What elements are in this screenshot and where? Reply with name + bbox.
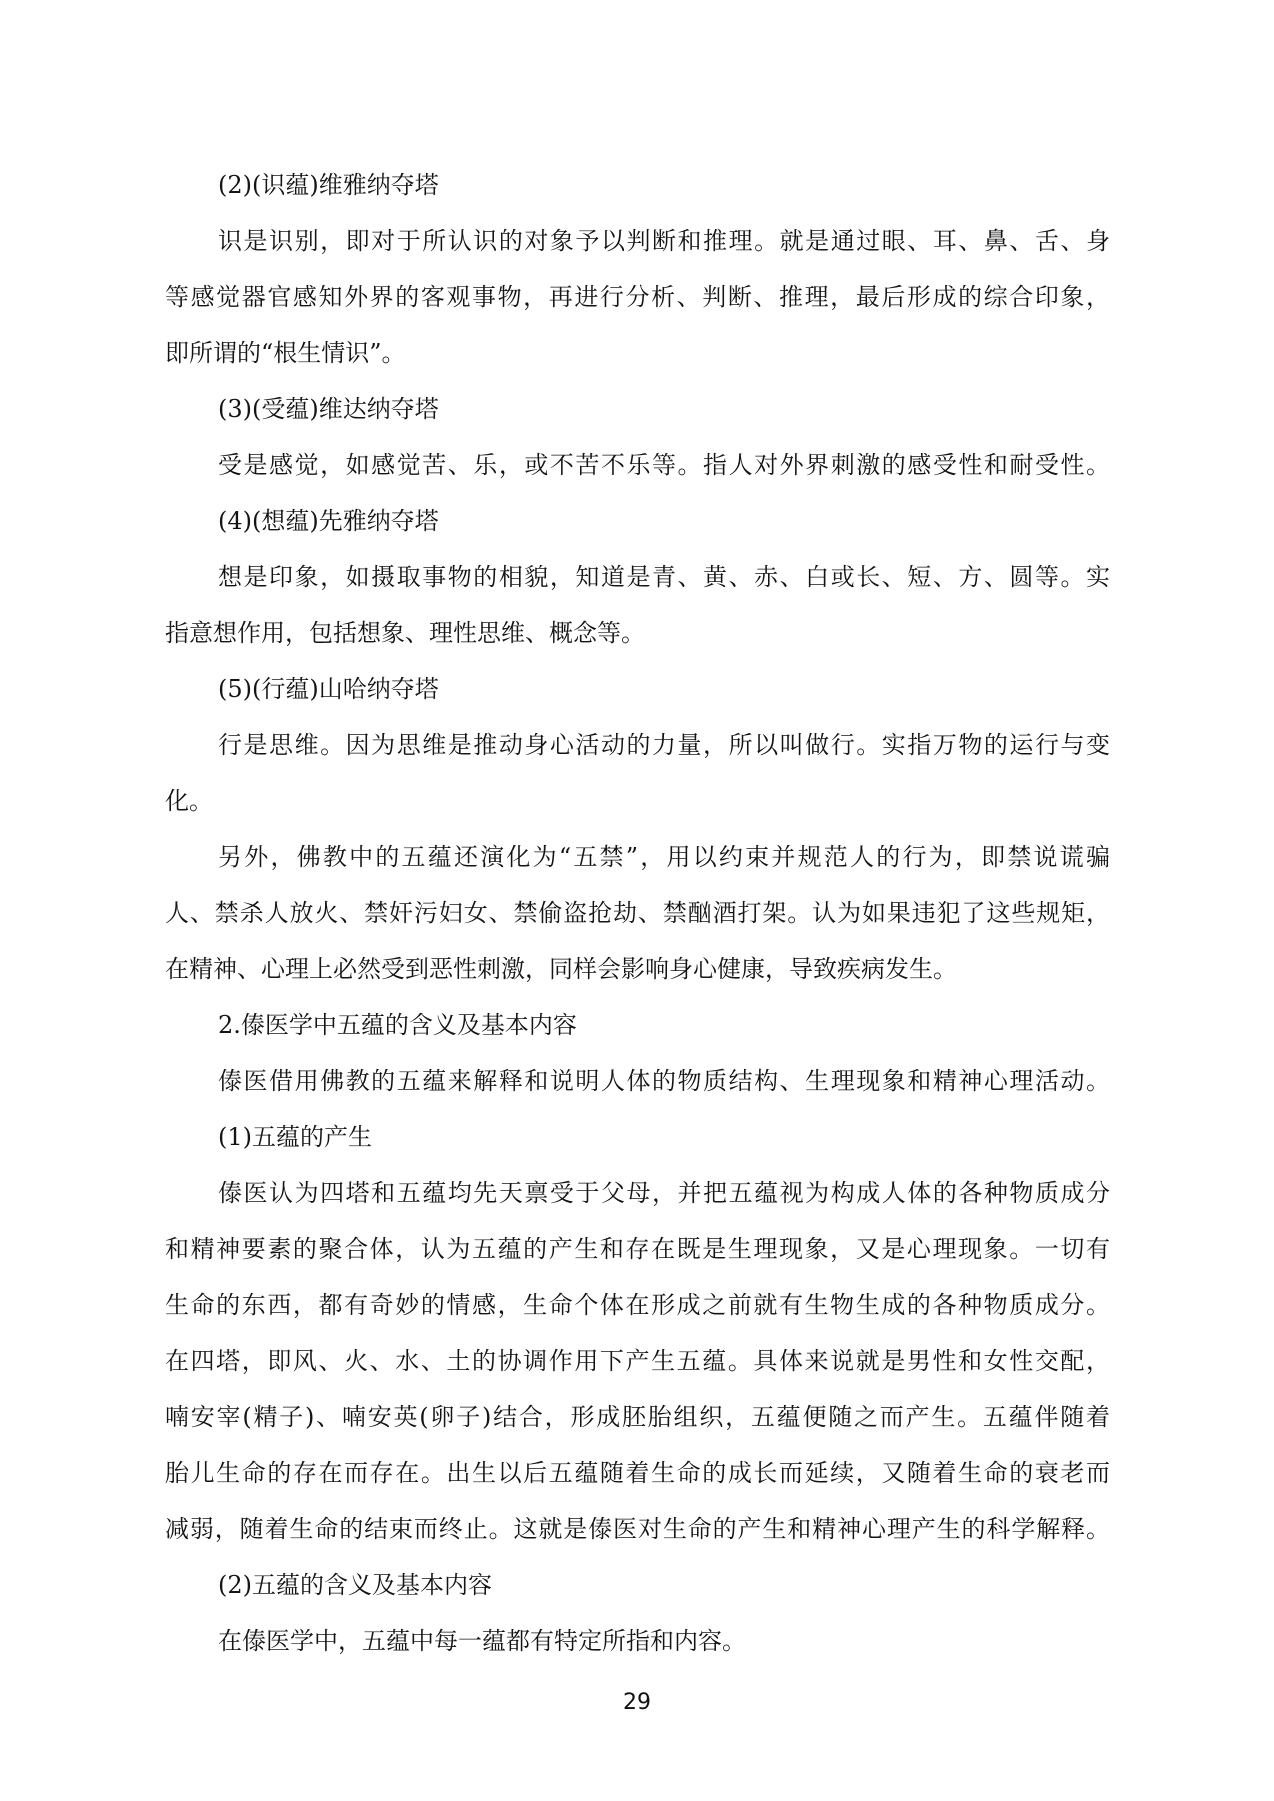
text-line: (1)五蕴的产生 [165, 1109, 1110, 1165]
text-line: 行是思维。因为思维是推动身心活动的力量，所以叫做行。实指万物的运行与变 [165, 717, 1110, 773]
text-line: 人、禁杀人放火、禁奸污妇女、禁偷盗抢劫、禁酗酒打架。认为如果违犯了这些规矩， [165, 885, 1110, 941]
text-line: 想是印象，如摄取事物的相貌，知道是青、黄、赤、白或长、短、方、圆等。实 [165, 549, 1110, 605]
text-line: 傣医借用佛教的五蕴来解释和说明人体的物质结构、生理现象和精神心理活动。 [165, 1053, 1110, 1109]
text-line: (5)(行蕴)山哈纳夺塔 [165, 661, 1110, 717]
text-line: 在精神、心理上必然受到恶性刺激，同样会影响身心健康，导致疾病发生。 [165, 941, 1110, 997]
text-line: 2.傣医学中五蕴的含义及基本内容 [165, 997, 1110, 1053]
text-line: 和精神要素的聚合体，认为五蕴的产生和存在既是生理现象，又是心理现象。一切有 [165, 1221, 1110, 1277]
text-line: 等感觉器官感知外界的客观事物，再进行分析、判断、推理，最后形成的综合印象， [165, 269, 1110, 325]
text-line: (4)(想蕴)先雅纳夺塔 [165, 493, 1110, 549]
text-line: 生命的东西，都有奇妙的情感，生命个体在形成之前就有生物生成的各种物质成分。 [165, 1277, 1110, 1333]
text-line: (2)(识蕴)维雅纳夺塔 [165, 157, 1110, 213]
text-line: 识是识别，即对于所认识的对象予以判断和推理。就是通过眼、耳、鼻、舌、身 [165, 213, 1110, 269]
text-line: 即所谓的“根生情识”。 [165, 325, 1110, 381]
text-line: 傣医认为四塔和五蕴均先天禀受于父母，并把五蕴视为构成人体的各种物质成分 [165, 1165, 1110, 1221]
text-line: 在傣医学中，五蕴中每一蕴都有特定所指和内容。 [165, 1613, 1110, 1669]
document-page: (2)(识蕴)维雅纳夺塔识是识别，即对于所认识的对象予以判断和推理。就是通过眼、… [0, 0, 1274, 1801]
text-line: (3)(受蕴)维达纳夺塔 [165, 381, 1110, 437]
text-line: 减弱，随着生命的结束而终止。这就是傣医对生命的产生和精神心理产生的科学解释。 [165, 1501, 1110, 1557]
text-line: 喃安宰(精子)、喃安英(卵子)结合，形成胚胎组织，五蕴便随之而产生。五蕴伴随着 [165, 1389, 1110, 1445]
text-line: 指意想作用，包括想象、理性思维、概念等。 [165, 605, 1110, 661]
text-line: 另外，佛教中的五蕴还演化为“五禁”，用以约束并规范人的行为，即禁说谎骗 [165, 829, 1110, 885]
page-number: 29 [0, 1690, 1274, 1715]
text-line: 受是感觉，如感觉苦、乐，或不苦不乐等。指人对外界刺激的感受性和耐受性。 [165, 437, 1110, 493]
text-line: 在四塔，即风、火、水、土的协调作用下产生五蕴。具体来说就是男性和女性交配， [165, 1333, 1110, 1389]
text-line: (2)五蕴的含义及基本内容 [165, 1557, 1110, 1613]
text-line: 胎儿生命的存在而存在。出生以后五蕴随着生命的成长而延续，又随着生命的衰老而 [165, 1445, 1110, 1501]
text-line: 化。 [165, 773, 1110, 829]
text-body: (2)(识蕴)维雅纳夺塔识是识别，即对于所认识的对象予以判断和推理。就是通过眼、… [165, 157, 1110, 1669]
